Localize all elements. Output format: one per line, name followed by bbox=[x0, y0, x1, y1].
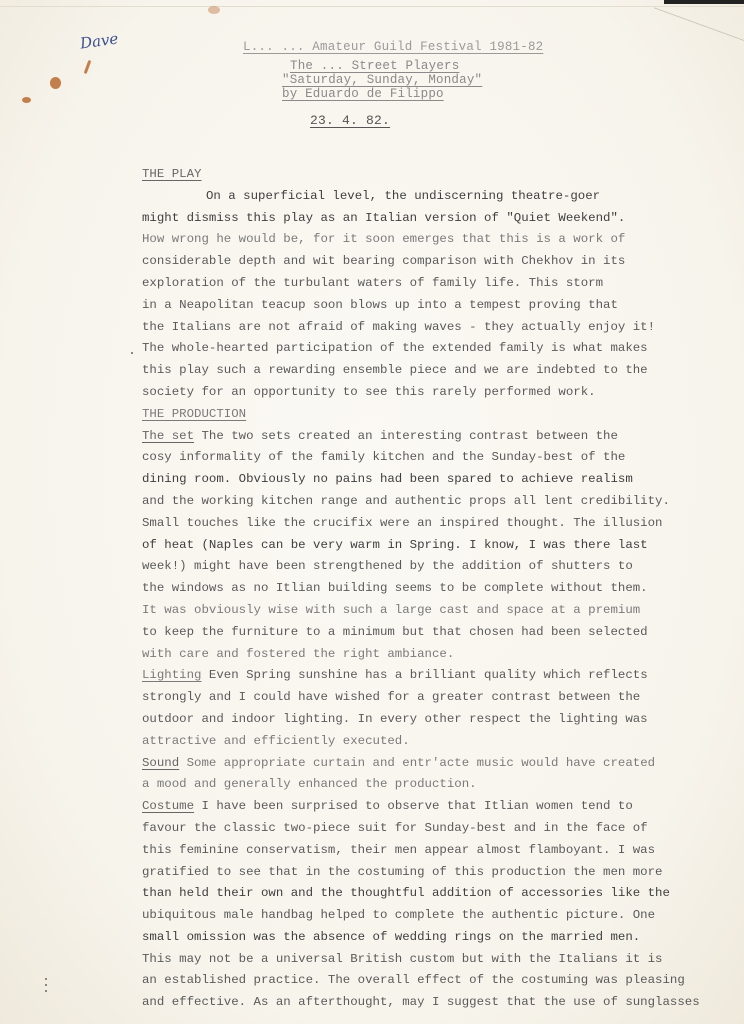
rust-stain bbox=[84, 60, 92, 74]
handwritten-note: Dave bbox=[79, 29, 119, 52]
subheading-sound: Sound bbox=[142, 756, 179, 770]
text-line: ubiquitous male handbag helped to comple… bbox=[142, 905, 722, 927]
text-line: and the working kitchen range and authen… bbox=[142, 491, 722, 513]
dog-eared-corner bbox=[654, 0, 744, 41]
text-line: than held their own and the thoughtful a… bbox=[142, 883, 722, 905]
company-name: The ... Street Players bbox=[290, 59, 459, 73]
margin-mark bbox=[45, 990, 47, 992]
text-line: the windows as no Itlian building seems … bbox=[142, 578, 722, 600]
text-line: favour the classic two-piece suit for Su… bbox=[142, 818, 722, 840]
text-line: this play such a rewarding ensemble piec… bbox=[142, 360, 722, 382]
text-line: with care and fostered the right ambianc… bbox=[142, 644, 722, 666]
text-line: the Italians are not afraid of making wa… bbox=[142, 317, 722, 339]
festival-title: L... ... Amateur Guild Festival 1981-82 bbox=[243, 40, 543, 54]
text-line: exploration of the turbulant waters of f… bbox=[142, 273, 722, 295]
section-heading-production: THE PRODUCTION bbox=[142, 407, 246, 421]
text-line: Small touches like the crucifix were an … bbox=[142, 513, 722, 535]
text-line: this feminine conservatism, their men ap… bbox=[142, 840, 722, 862]
text-line: It was obviously wise with such a large … bbox=[142, 600, 722, 622]
rust-stain bbox=[208, 6, 220, 14]
review-body: THE PLAY On a superficial level, the und… bbox=[142, 164, 722, 1014]
text-line: cosy informality of the family kitchen a… bbox=[142, 447, 722, 469]
subheading-lighting: Lighting bbox=[142, 668, 202, 682]
text-line: might dismiss this play as an Italian ve… bbox=[142, 208, 722, 230]
document-page: Dave L... ... Amateur Guild Festival 198… bbox=[0, 0, 744, 1024]
subheading-set: The set bbox=[142, 429, 194, 443]
text-line: On a superficial level, the undiscerning… bbox=[142, 186, 722, 208]
text-line: The whole-hearted participation of the e… bbox=[142, 338, 722, 360]
text-line: I have been surprised to observe that It… bbox=[194, 799, 633, 813]
text-line: a mood and generally enhanced the produc… bbox=[142, 774, 722, 796]
text-line: week!) might have been strengthened by t… bbox=[142, 556, 722, 578]
playwright: by Eduardo de Filippo bbox=[282, 87, 444, 101]
text-line: considerable depth and wit bearing compa… bbox=[142, 251, 722, 273]
text-line: Even Spring sunshine has a brilliant qua… bbox=[202, 668, 648, 682]
text-line: of heat (Naples can be very warm in Spri… bbox=[142, 535, 722, 557]
review-date: 23. 4. 82. bbox=[310, 113, 390, 128]
text-line: and effective. As an afterthought, may I… bbox=[142, 992, 722, 1014]
section-heading-play: THE PLAY bbox=[142, 167, 202, 181]
text-line: strongly and I could have wished for a g… bbox=[142, 687, 722, 709]
margin-mark bbox=[45, 984, 47, 986]
subheading-costume: Costume bbox=[142, 799, 194, 813]
rust-stain bbox=[22, 97, 31, 103]
margin-mark bbox=[45, 978, 47, 980]
text-line: to keep the furniture to a minimum but t… bbox=[142, 622, 722, 644]
text-line: The two sets created an interesting cont… bbox=[194, 429, 618, 443]
text-line: This may not be a universal British cust… bbox=[142, 949, 722, 971]
text-line: small omission was the absence of weddin… bbox=[142, 927, 722, 949]
text-line: an established practice. The overall eff… bbox=[142, 970, 722, 992]
text-line: Some appropriate curtain and entr'acte m… bbox=[179, 756, 655, 770]
rust-stain bbox=[50, 77, 61, 89]
text-line: in a Neapolitan teacup soon blows up int… bbox=[142, 295, 722, 317]
text-line: attractive and efficiently executed. bbox=[142, 731, 722, 753]
text-line: How wrong he would be, for it soon emerg… bbox=[142, 229, 722, 251]
paper-fold-line bbox=[0, 6, 744, 7]
text-line: gratified to see that in the costuming o… bbox=[142, 862, 722, 884]
text-line: outdoor and indoor lighting. In every ot… bbox=[142, 709, 722, 731]
play-title: "Saturday, Sunday, Monday" bbox=[282, 73, 482, 87]
text-line: dining room. Obviously no pains had been… bbox=[142, 469, 722, 491]
margin-mark bbox=[131, 352, 133, 354]
text-line: society for an opportunity to see this r… bbox=[142, 382, 722, 404]
